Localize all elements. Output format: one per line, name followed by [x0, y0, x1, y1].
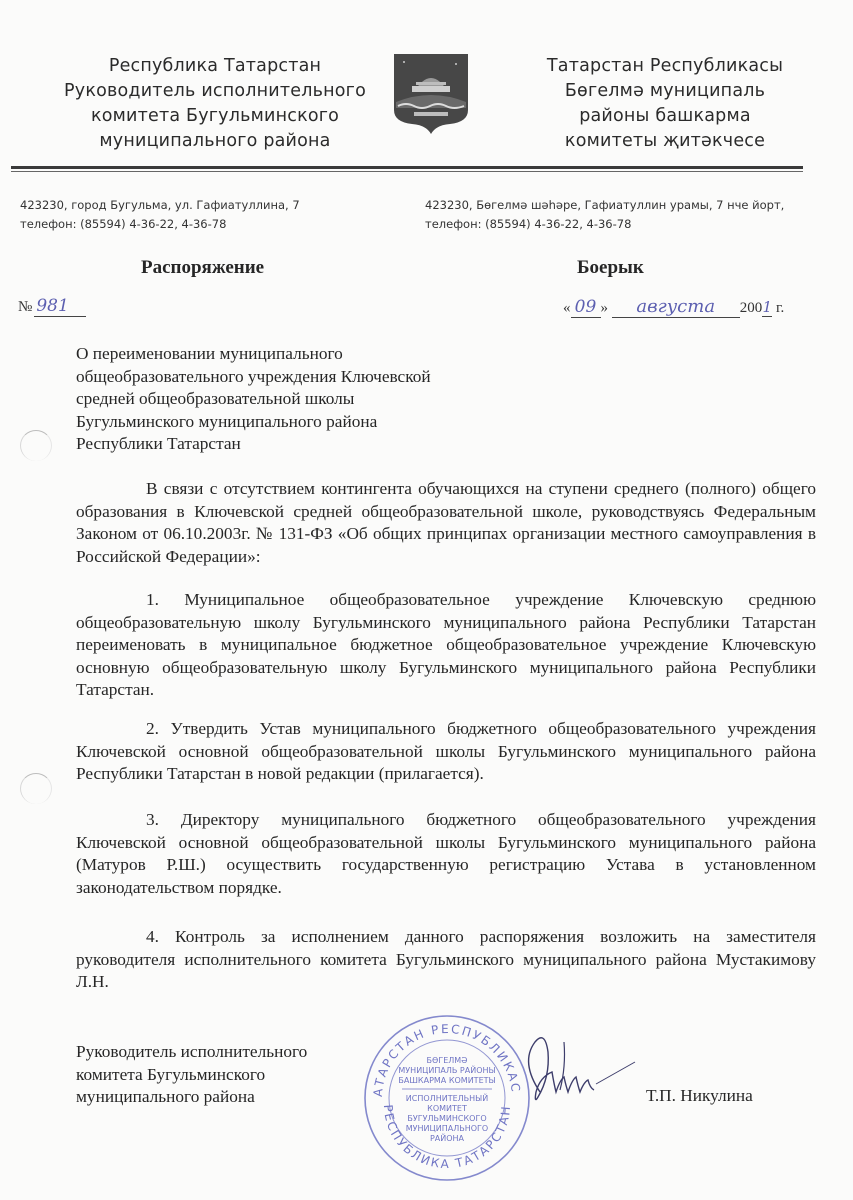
letterhead-divider-thin — [11, 171, 803, 172]
date-close-quote: » — [601, 300, 609, 316]
letterhead-right-line: Татарстан Республикасы — [495, 54, 835, 79]
date-year-label: г. — [776, 300, 784, 316]
signatory-title-line: Руководитель исполнительного — [76, 1041, 307, 1064]
stamp-line: БУГУЛЬМИНСКОГО — [407, 1114, 486, 1123]
document-number-value: 981 — [34, 296, 86, 317]
subject-line: Бугульминского муниципального района — [76, 411, 476, 434]
hole-punch-mark — [20, 430, 52, 461]
letterhead-right-block: Татарстан Республикасы Бөгелмә муниципал… — [495, 54, 835, 154]
letterhead-left-line: Республика Татарстан — [40, 54, 390, 79]
address-line: 423230, Бөгелмә шәһәре, Гафиатуллин урам… — [425, 196, 784, 215]
document-type-ru: Распоряжение — [141, 257, 264, 279]
subject-line: средней общеобразовательной школы — [76, 388, 476, 411]
address-right: 423230, Бөгелмә шәһәре, Гафиатуллин урам… — [425, 196, 784, 234]
document-number: №981 — [18, 296, 86, 317]
stamp-line: БӨГЕЛМӘ — [427, 1056, 468, 1065]
coat-of-arms-emblem-icon — [392, 52, 470, 136]
order-item-4: 4. Контроль за исполнением данного распо… — [76, 926, 816, 994]
letterhead-left-line: Руководитель исполнительного — [40, 79, 390, 104]
letterhead-divider-thick — [11, 166, 803, 169]
address-left: 423230, город Бугульма, ул. Гафиатуллина… — [20, 196, 300, 234]
letterhead-right-line: Бөгелмә муниципаль — [495, 79, 835, 104]
hole-punch-mark — [20, 773, 52, 804]
date-year-prefix: 200 — [740, 300, 763, 316]
order-item-3: 3. Директору муниципального бюджетного о… — [76, 809, 816, 899]
stamp-line: МУНИЦИПАЛЬНОГО — [406, 1124, 488, 1133]
order-item-2: 2. Утвердить Устав муниципального бюджет… — [76, 718, 816, 786]
stamp-line: КОМИТЕТ — [427, 1104, 467, 1113]
letterhead-right-line: районы башкарма — [495, 104, 835, 129]
letterhead-left-line: комитета Бугульминского — [40, 104, 390, 129]
letterhead-right-line: комитеты җитәкчесе — [495, 129, 835, 154]
handwritten-signature-icon — [500, 1022, 640, 1112]
letterhead-left-line: муниципального района — [40, 129, 390, 154]
signatory-name: Т.П. Никулина — [646, 1085, 753, 1108]
stamp-line: МУНИЦИПАЛЬ РАЙОНЫ — [398, 1064, 495, 1075]
order-item-1: 1. Муниципальное общеобразовательное учр… — [76, 589, 816, 702]
preamble-paragraph: В связи с отсутствием контингента обучаю… — [76, 478, 816, 568]
letterhead-left-block: Республика Татарстан Руководитель исполн… — [40, 54, 390, 154]
phone-line: телефон: (85594) 4-36-22, 4-36-78 — [20, 215, 300, 234]
address-line: 423230, город Бугульма, ул. Гафиатуллина… — [20, 196, 300, 215]
document-date: «09» августа2001 г. — [563, 296, 784, 318]
stamp-line: БАШКАРМА КОМИТЕТЫ — [398, 1076, 495, 1085]
date-year-suffix: 1 — [762, 298, 772, 317]
date-day: 09 — [571, 297, 601, 318]
document-type-tt: Боерык — [577, 257, 644, 279]
stamp-line: ИСПОЛНИТЕЛЬНЫЙ — [406, 1092, 488, 1103]
subject-line: общеобразовательного учреждения Ключевск… — [76, 366, 476, 389]
subject-line: Республики Татарстан — [76, 433, 476, 456]
number-sign: № — [18, 299, 32, 315]
subject-line: О переименовании муниципального — [76, 343, 476, 366]
signatory-title-line: муниципального района — [76, 1086, 307, 1109]
signatory-title: Руководитель исполнительного комитета Бу… — [76, 1041, 307, 1109]
document-subject: О переименовании муниципального общеобра… — [76, 343, 476, 456]
phone-line: телефон: (85594) 4-36-22, 4-36-78 — [425, 215, 784, 234]
date-open-quote: « — [563, 300, 571, 316]
stamp-line: РАЙОНА — [430, 1132, 465, 1143]
date-month: августа — [612, 296, 740, 318]
signatory-title-line: комитета Бугульминского — [76, 1064, 307, 1087]
